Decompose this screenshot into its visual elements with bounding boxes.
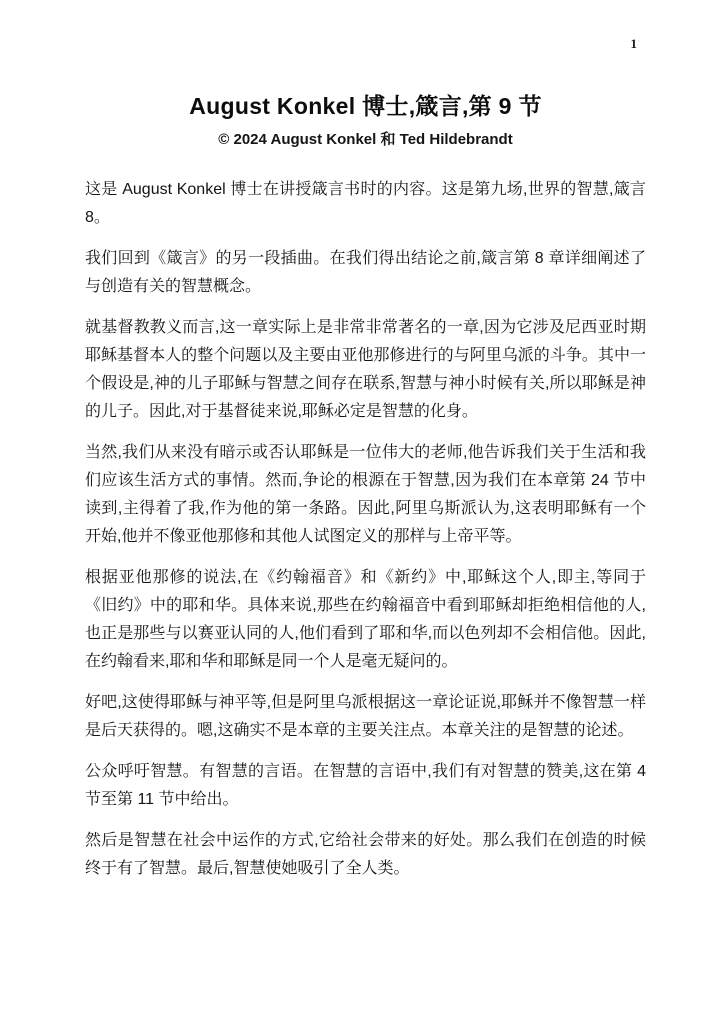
paragraph: 我们回到《箴言》的另一段插曲。在我们得出结论之前,箴言第 8 章详细阐述了与创造… (85, 245, 646, 301)
paragraph: 然后是智慧在社会中运作的方式,它给社会带来的好处。那么我们在创造的时候终于有了智… (85, 827, 646, 883)
paragraph: 公众呼吁智慧。有智慧的言语。在智慧的言语中,我们有对智慧的赞美,这在第 4 节至… (85, 758, 646, 814)
paragraph: 就基督教教义而言,这一章实际上是非常非常著名的一章,因为它涉及尼西亚时期耶稣基督… (85, 314, 646, 426)
copyright-line: © 2024 August Konkel 和 Ted Hildebrandt (85, 128, 646, 149)
paragraph: 这是 August Konkel 博士在讲授箴言书时的内容。这是第九场,世界的智… (85, 176, 646, 232)
document-title: August Konkel 博士,箴言,第 9 节 (85, 88, 646, 121)
paragraph: 根据亚他那修的说法,在《约翰福音》和《新约》中,耶稣这个人,即主,等同于《旧约》… (85, 564, 646, 676)
document-body: 这是 August Konkel 博士在讲授箴言书时的内容。这是第九场,世界的智… (85, 176, 646, 883)
page-number: 1 (631, 36, 638, 52)
document-page: 1 August Konkel 博士,箴言,第 9 节 © 2024 Augus… (0, 0, 724, 1024)
page-content: August Konkel 博士,箴言,第 9 节 © 2024 August … (85, 88, 646, 883)
paragraph: 当然,我们从来没有暗示或否认耶稣是一位伟大的老师,他告诉我们关于生活和我们应该生… (85, 439, 646, 551)
paragraph: 好吧,这使得耶稣与神平等,但是阿里乌派根据这一章论证说,耶稣并不像智慧一样是后天… (85, 689, 646, 745)
